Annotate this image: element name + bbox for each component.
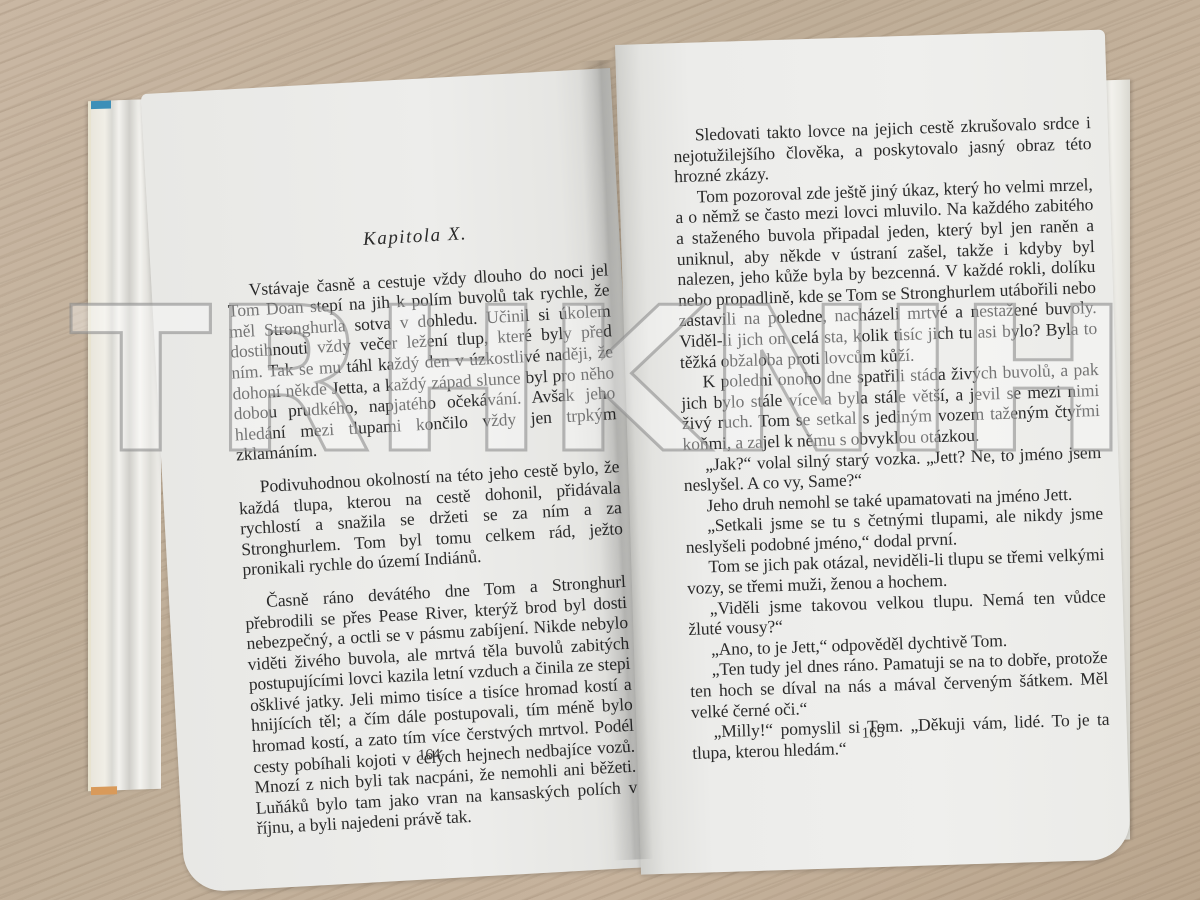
right-page: Sledovati takto lovce na jejich cestě zk… [615, 30, 1131, 875]
page-number-left: 164 [418, 747, 441, 765]
paragraph: Podivuhodnou okolností na této jeho cest… [237, 456, 624, 580]
chapter-title: Kapitola X. [224, 216, 607, 258]
left-page: Kapitola X. Vstávaje časně a cestuje vžd… [141, 68, 655, 893]
paragraph: Vstávaje časně a cestuje vždy dlouho do … [226, 259, 618, 465]
page-number-right: 165 [861, 725, 884, 743]
cover-orange-edge [91, 786, 117, 795]
open-book-photo: Kapitola X. Vstávaje časně a cestuje vžd… [0, 0, 1200, 900]
paragraph: Časně ráno devátého dne Tom a Stronghurl… [244, 571, 639, 839]
paragraph: Tom pozoroval zde ještě jiný úkaz, který… [674, 174, 1098, 372]
right-page-text: Sledovati takto lovce na jejich cestě zk… [673, 112, 1111, 763]
paragraph: K poledni onoho dne spatřili stáda živýc… [680, 359, 1100, 454]
cover-blue-edge [91, 100, 111, 109]
